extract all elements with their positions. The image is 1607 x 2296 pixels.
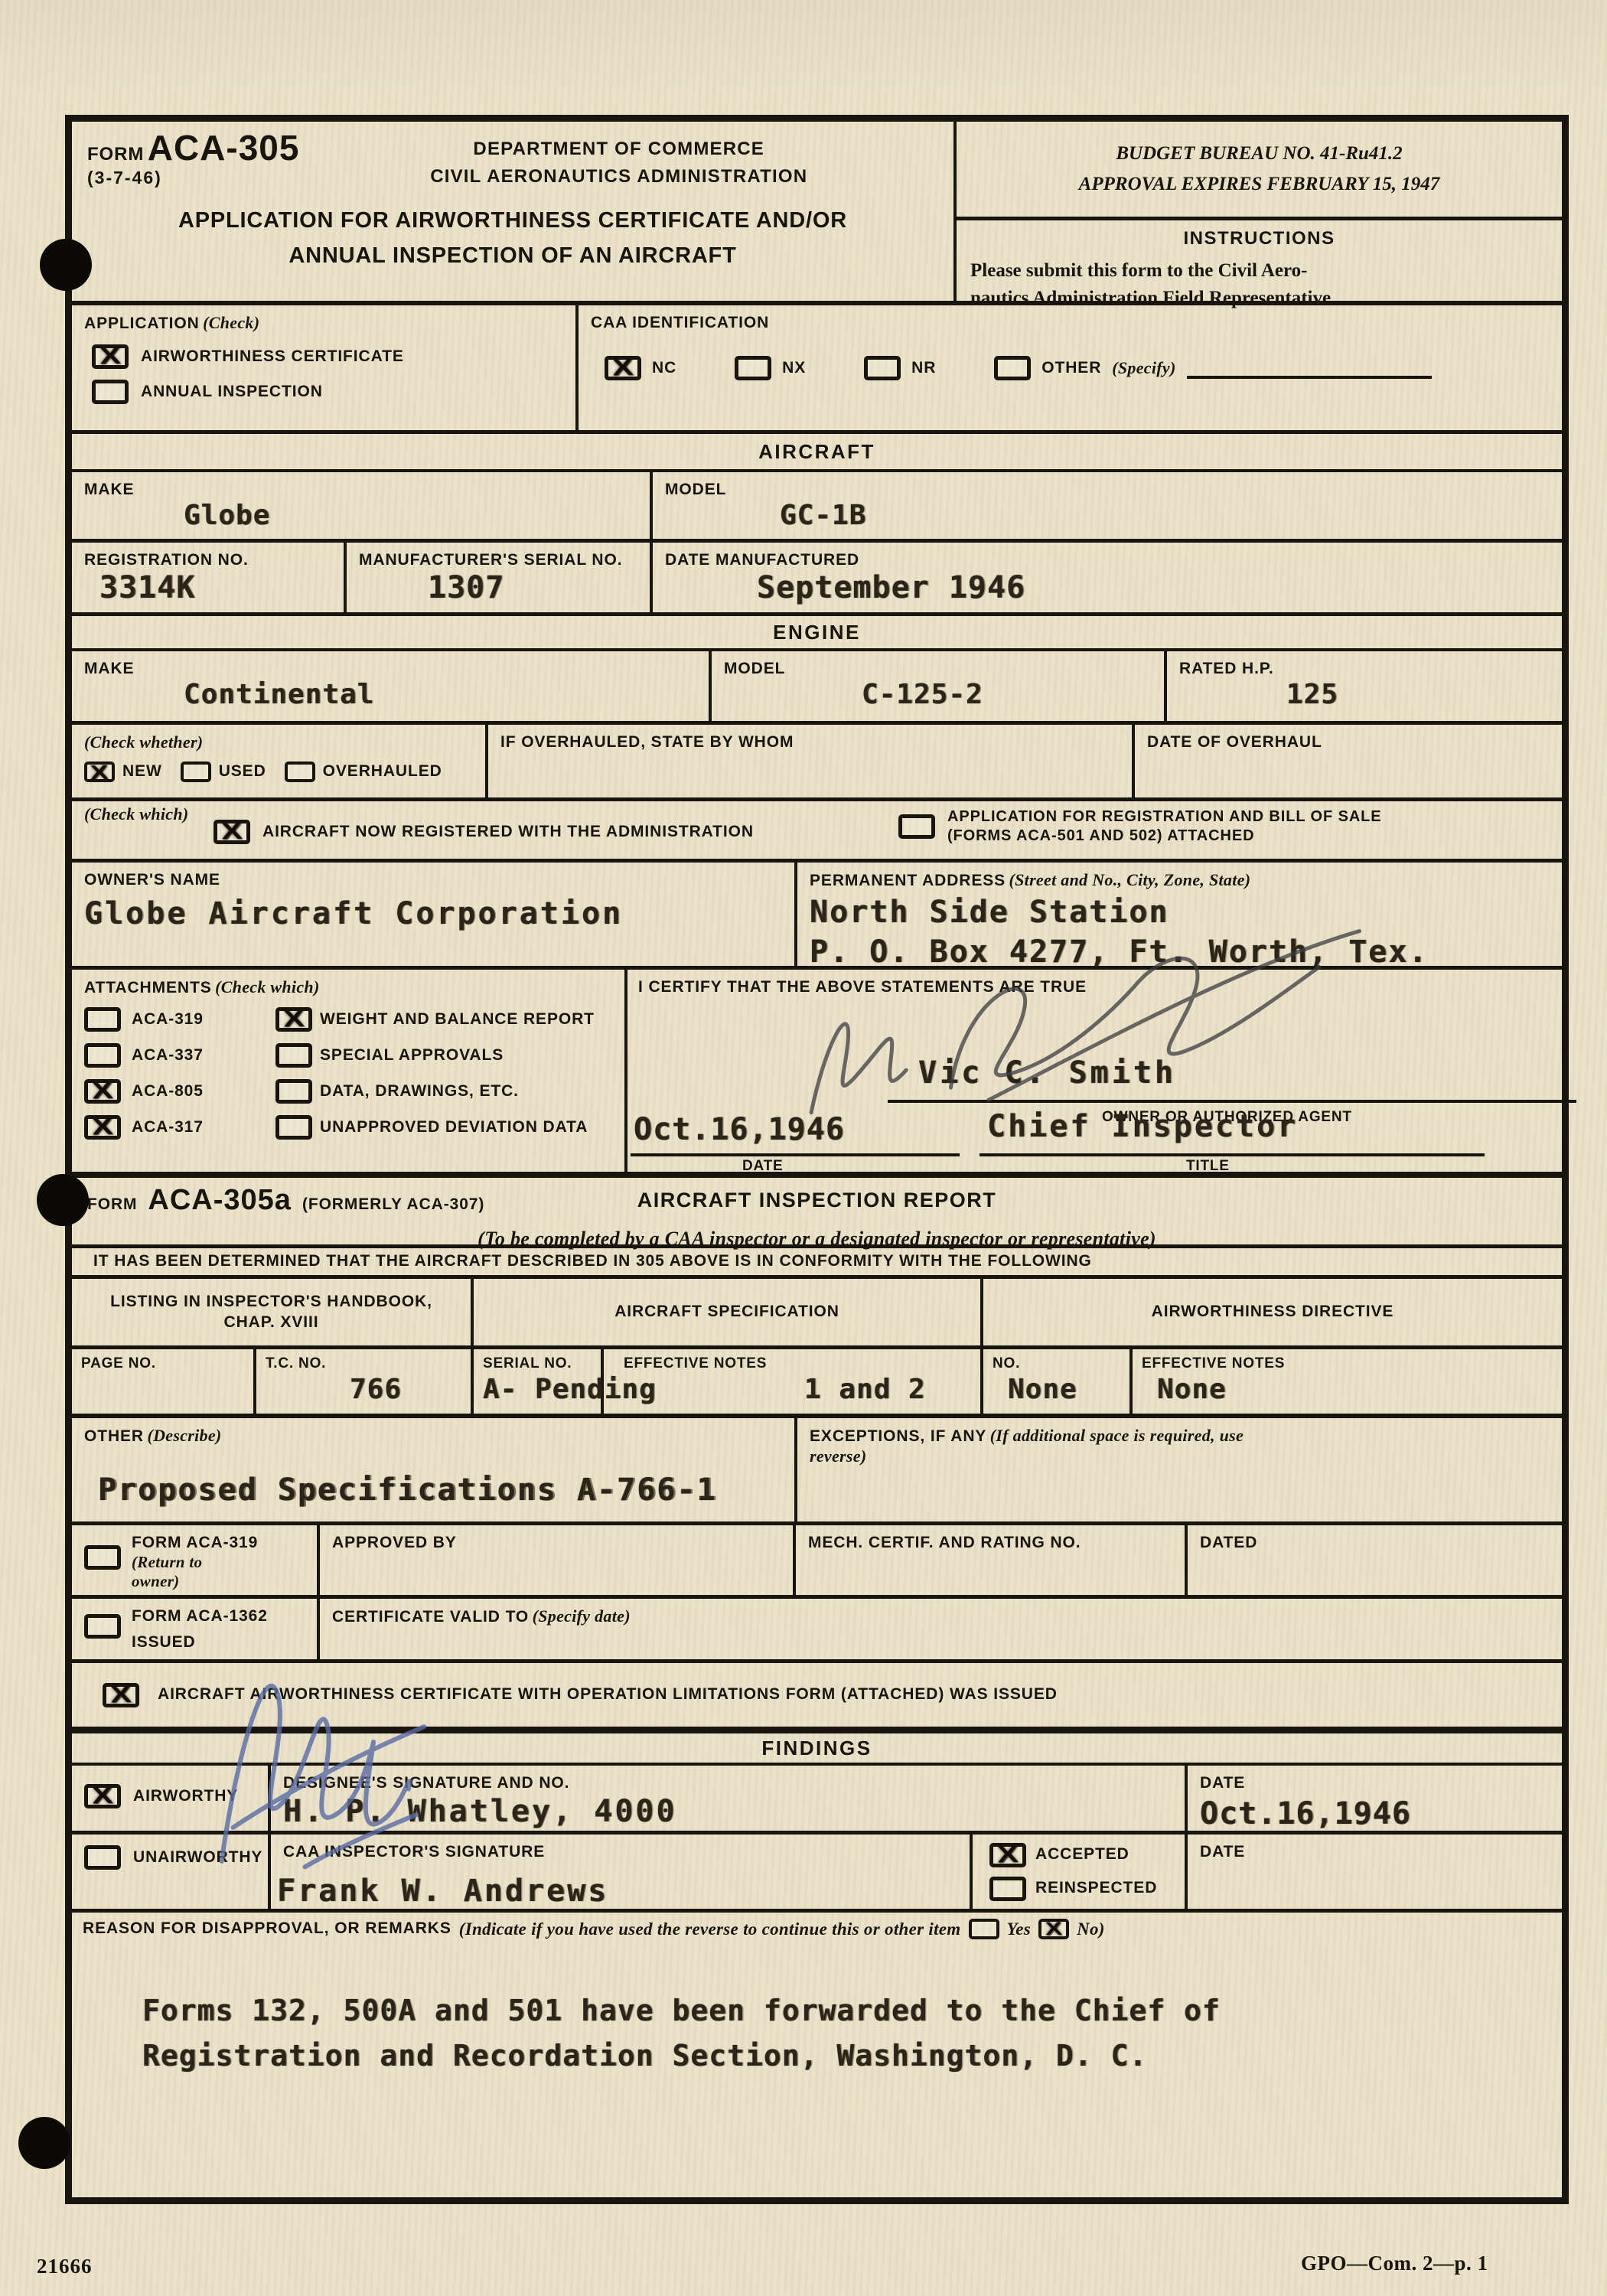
- return-to-owner-note: (Return to owner): [132, 1553, 258, 1591]
- owner-row: OWNER'S NAME Globe Aircraft Corporation …: [72, 863, 1562, 970]
- form-aca-1362-row: FORM ACA-1362 ISSUED CERTIFICATE VALID T…: [72, 1599, 1562, 1663]
- aca-319-label: ACA-319: [132, 1009, 204, 1029]
- application-row: APPLICATION (Check) X AIRWORTHINESS CERT…: [72, 305, 1562, 434]
- data-drawings-label: DATA, DRAWINGS, ETC.: [320, 1081, 519, 1101]
- aca-805-checkbox[interactable]: X: [84, 1079, 121, 1104]
- owner-name-field: OWNER'S NAME Globe Aircraft Corporation: [72, 863, 794, 966]
- attachments-certification-row: ATTACHMENTS (Check which) ACA-319 X WEIG…: [72, 970, 1562, 1178]
- overhauled-by-field: IF OVERHAULED, STATE BY WHOM: [485, 725, 1132, 797]
- model-label: MODEL: [665, 480, 1550, 500]
- certification-section: I CERTIFY THAT THE ABOVE STATEMENTS ARE …: [624, 970, 1562, 1172]
- tc-no-field: T.C. NO. 766: [253, 1349, 471, 1414]
- caa-inspector-signature-field: CAA INSPECTOR'S SIGNATURE Frank W. Andre…: [268, 1835, 970, 1909]
- signature-line[interactable]: [888, 1100, 1576, 1103]
- findings-section-band: FINDINGS: [72, 1733, 1562, 1766]
- dated-label: DATED: [1200, 1533, 1550, 1553]
- aca-319-checkbox[interactable]: [84, 1007, 121, 1032]
- footer-stock-number: 21666: [37, 2255, 93, 2278]
- directive-no-label: NO.: [993, 1355, 1120, 1372]
- date-manufactured-field: DATE MANUFACTURED September 1946: [650, 543, 1562, 612]
- nr-checkbox[interactable]: [864, 356, 901, 380]
- determination-statement: IT HAS BEEN DETERMINED THAT THE AIRCRAFT…: [72, 1251, 1092, 1271]
- checkbox-mark: X: [92, 1785, 113, 1808]
- bill-of-sale-label: APPLICATION FOR REGISTRATION AND BILL OF…: [947, 807, 1382, 846]
- title-label: TITLE: [1186, 1158, 1230, 1175]
- other-note: (Specify): [1112, 358, 1175, 378]
- spec-header-cell: AIRCRAFT SPECIFICATION: [471, 1279, 980, 1345]
- registration-label: REGISTRATION NO.: [84, 550, 331, 570]
- aircraft-model-field: MODEL GC-1B: [650, 472, 1562, 539]
- other-describe-label: OTHER: [84, 1427, 144, 1445]
- engine-model-label: MODEL: [724, 659, 1152, 679]
- overhaul-date-field: DATE OF OVERHAUL: [1132, 725, 1562, 797]
- caa-date-field: DATE: [1185, 1835, 1562, 1909]
- remarks-row: REASON FOR DISAPPROVAL, OR REMARKS (Indi…: [72, 1913, 1562, 2197]
- application-section: APPLICATION (Check) X AIRWORTHINESS CERT…: [72, 305, 575, 430]
- weight-balance-label: WEIGHT AND BALANCE REPORT: [320, 1009, 595, 1029]
- date-label: DATE: [742, 1158, 784, 1175]
- spec-serial-value[interactable]: A- Pending: [483, 1374, 592, 1405]
- punch-hole-top: [40, 239, 92, 291]
- department-name: DEPARTMENT OF COMMERCE CIVIL AERONAUTICS…: [299, 135, 938, 191]
- aca-337-label: ACA-337: [132, 1045, 204, 1065]
- caa-identification-section: CAA IDENTIFICATION X NC NX NR OTHER (Spe…: [575, 305, 1562, 430]
- unairworthy-field: UNAIRWORTHY: [72, 1835, 268, 1909]
- caa-date-label: DATE: [1200, 1842, 1550, 1862]
- checkbox-mark: X: [283, 1008, 305, 1032]
- spec-serial-field: SERIAL NO. A- Pending: [471, 1349, 601, 1414]
- tc-no-label: T.C. NO.: [266, 1355, 461, 1372]
- certification-date-value[interactable]: Oct.16,1946: [634, 1112, 845, 1147]
- mech-certif-label: MECH. CERTIF. AND RATING NO.: [808, 1533, 1172, 1553]
- effective-notes-field: EFFECTIVE NOTES 1 and 2: [601, 1349, 980, 1414]
- certificate-issued-checkbox[interactable]: X: [103, 1683, 139, 1707]
- address-label: PERMANENT ADDRESS: [810, 872, 1006, 889]
- owner-address-field: PERMANENT ADDRESS (Street and No., City,…: [794, 863, 1562, 966]
- unapproved-deviation-checkbox[interactable]: [275, 1115, 312, 1140]
- caa-inspector-row: UNAIRWORTHY CAA INSPECTOR'S SIGNATURE Fr…: [72, 1835, 1562, 1913]
- spec-header: AIRCRAFT SPECIFICATION: [614, 1302, 839, 1322]
- nc-checkbox[interactable]: X: [605, 356, 641, 380]
- engine-model-value[interactable]: C-125-2: [862, 679, 1152, 710]
- other-checkbox[interactable]: [994, 356, 1031, 380]
- overhauled-by-label: IF OVERHAULED, STATE BY WHOM: [500, 732, 1120, 752]
- caa-inspector-signature-value[interactable]: Frank W. Andrews: [277, 1874, 608, 1909]
- certificate-valid-label: CERTIFICATE VALID TO: [332, 1608, 529, 1626]
- attachments-note: (Check which): [215, 977, 320, 996]
- unairworthy-option: UNAIRWORTHY: [84, 1845, 256, 1870]
- checkbox-mark: X: [92, 1080, 113, 1104]
- page-no-field: PAGE NO.: [72, 1349, 253, 1414]
- certificate-issued-row: X AIRCRAFT AIRWORTHINESS CERTIFICATE WIT…: [72, 1663, 1562, 1733]
- form-aca-1362-checkbox[interactable]: [84, 1614, 121, 1639]
- airworthy-label: AIRWORTHY: [133, 1786, 238, 1806]
- attachments-section: ATTACHMENTS (Check which) ACA-319 X WEIG…: [72, 970, 624, 1172]
- directive-notes-field: EFFECTIVE NOTES None: [1129, 1349, 1562, 1414]
- other-describe-note: (Describe): [147, 1426, 221, 1445]
- serial-field: MANUFACTURER'S SERIAL NO. 1307: [344, 543, 650, 612]
- data-drawings-checkbox[interactable]: [275, 1079, 312, 1104]
- exceptions-field: EXCEPTIONS, IF ANY (If additional space …: [794, 1418, 1562, 1521]
- conformity-values-row: PAGE NO. T.C. NO. 766 SERIAL NO. A- Pend…: [72, 1349, 1562, 1418]
- overhaul-date-label: DATE OF OVERHAUL: [1147, 732, 1550, 752]
- aircraft-section-band: AIRCRAFT: [72, 434, 1562, 472]
- checkbox-mark: X: [110, 1683, 132, 1707]
- application-label: APPLICATION: [84, 315, 200, 332]
- aircraft-make-value[interactable]: Globe: [184, 500, 637, 531]
- new-checkbox[interactable]: X: [84, 762, 115, 782]
- engine-make-value[interactable]: Continental: [184, 679, 696, 710]
- designee-signature-value[interactable]: H. P. Whatley, 4000: [283, 1794, 677, 1829]
- airworthiness-certificate-checkbox[interactable]: X: [92, 344, 129, 369]
- spec-serial-label: SERIAL NO.: [483, 1355, 592, 1372]
- checkbox-mark: X: [92, 1116, 113, 1140]
- option-label: ANNUAL INSPECTION: [141, 382, 323, 402]
- serial-value[interactable]: 1307: [428, 570, 637, 605]
- form-aca-319-row: FORM ACA-319 (Return to owner) APPROVED …: [72, 1525, 1562, 1599]
- form-aca-319-label: FORM ACA-319: [132, 1534, 258, 1551]
- registration-value[interactable]: 3314K: [99, 570, 331, 605]
- approved-by-field: APPROVED BY: [317, 1525, 793, 1595]
- serial-label: MANUFACTURER'S SERIAL NO.: [359, 550, 637, 570]
- reinspected-label: REINSPECTED: [1035, 1878, 1157, 1898]
- form-aca-319-checkbox[interactable]: [84, 1545, 121, 1570]
- conformity-header-row: LISTING IN INSPECTOR'S HANDBOOK, CHAP. X…: [72, 1279, 1562, 1349]
- special-approvals-checkbox[interactable]: [275, 1043, 312, 1068]
- scanned-form-page: FORM ACA-305 (3-7-46) DEPARTMENT OF COMM…: [0, 0, 1607, 2296]
- other-exceptions-row: OTHER (Describe) Proposed Specifications…: [72, 1418, 1562, 1525]
- designee-signature-label: DESIGNEE'S SIGNATURE AND NO.: [283, 1773, 1172, 1793]
- directive-notes-label: EFFECTIVE NOTES: [1142, 1355, 1553, 1372]
- checkbox-mark: X: [99, 345, 121, 369]
- reinspected-checkbox[interactable]: [989, 1877, 1026, 1901]
- weight-balance-checkbox[interactable]: X: [275, 1007, 312, 1032]
- form-title: APPLICATION FOR AIRWORTHINESS CERTIFICAT…: [87, 203, 938, 274]
- rated-hp-label: RATED H.P.: [1179, 659, 1550, 679]
- remarks-yes-label: Yes: [1007, 1919, 1032, 1939]
- date-manufactured-value[interactable]: September 1946: [757, 570, 1550, 605]
- nx-label: NX: [782, 358, 806, 378]
- remarks-note: (Indicate if you have used the reverse t…: [459, 1919, 961, 1939]
- certificate-valid-field: CERTIFICATE VALID TO (Specify date): [317, 1599, 1562, 1659]
- overhauled-checkbox[interactable]: [285, 762, 315, 782]
- engine-make-field: MAKE Continental: [72, 651, 709, 721]
- remarks-label: REASON FOR DISAPPROVAL, OR REMARKS: [83, 1919, 451, 1939]
- attachment-row: X ACA-805 DATA, DRAWINGS, ETC.: [84, 1079, 612, 1104]
- tc-no-value[interactable]: 766: [350, 1374, 461, 1405]
- airworthy-option: X AIRWORTHY: [84, 1784, 256, 1808]
- annual-inspection-option: ANNUAL INSPECTION: [92, 380, 563, 404]
- header-right: BUDGET BUREAU NO. 41-Ru41.2 APPROVAL EXP…: [953, 122, 1562, 301]
- mech-certif-field: MECH. CERTIF. AND RATING NO.: [793, 1525, 1185, 1595]
- attachments-label: ATTACHMENTS: [84, 979, 212, 996]
- accepted-option: X ACCEPTED: [989, 1843, 1172, 1867]
- annual-inspection-checkbox[interactable]: [92, 380, 129, 404]
- certificate-valid-note: (Specify date): [533, 1606, 631, 1626]
- aca-805-label: ACA-805: [132, 1081, 204, 1101]
- remarks-no-label: No): [1077, 1919, 1105, 1939]
- approved-by-label: APPROVED BY: [332, 1533, 781, 1553]
- registered-checkbox[interactable]: X: [214, 820, 250, 844]
- checkbox-mark: X: [221, 820, 243, 844]
- header-left: FORM ACA-305 (3-7-46) DEPARTMENT OF COMM…: [72, 122, 953, 301]
- other-label: OTHER: [1041, 358, 1101, 378]
- form-header: FORM ACA-305 (3-7-46) DEPARTMENT OF COMM…: [72, 122, 1562, 305]
- rated-hp-field: RATED H.P. 125: [1164, 651, 1562, 721]
- certificate-issued-label: AIRCRAFT AIRWORTHINESS CERTIFICATE WITH …: [158, 1684, 1058, 1704]
- used-checkbox[interactable]: [181, 762, 211, 782]
- unairworthy-checkbox[interactable]: [84, 1845, 121, 1870]
- attachment-row: X ACA-317 UNAPPROVED DEVIATION DATA: [84, 1115, 612, 1140]
- bill-of-sale-checkbox[interactable]: [898, 814, 935, 839]
- attachment-row: ACA-319 X WEIGHT AND BALANCE REPORT: [84, 1007, 612, 1032]
- nx-checkbox[interactable]: [735, 356, 771, 380]
- engine-model-field: MODEL C-125-2: [709, 651, 1164, 721]
- accepted-checkbox[interactable]: X: [989, 1843, 1026, 1867]
- checkbox-mark: X: [612, 357, 634, 380]
- registration-field: REGISTRATION NO. 3314K: [72, 543, 344, 612]
- nr-label: NR: [911, 358, 936, 378]
- directive-no-field: NO. None: [980, 1349, 1129, 1414]
- nc-label: NC: [652, 358, 676, 378]
- directive-header-cell: AIRWORTHINESS DIRECTIVE: [980, 1279, 1562, 1345]
- date-manufactured-label: DATE MANUFACTURED: [665, 550, 1550, 570]
- owner-address-value[interactable]: North Side Station P. O. Box 4277, Ft. W…: [810, 892, 1550, 972]
- directive-notes-value[interactable]: None: [1157, 1374, 1553, 1405]
- effective-notes-label: EFFECTIVE NOTES: [624, 1355, 971, 1372]
- designee-date-value[interactable]: Oct.16,1946: [1200, 1796, 1550, 1831]
- listing-header: LISTING IN INSPECTOR'S HANDBOOK, CHAP. X…: [110, 1292, 432, 1332]
- reinspected-option: REINSPECTED: [989, 1877, 1172, 1901]
- check-which-note: (Check which): [84, 804, 189, 824]
- form-aca-1362-label: FORM ACA-1362: [132, 1607, 268, 1625]
- aca-317-label: ACA-317: [132, 1117, 204, 1137]
- special-approvals-label: SPECIAL APPROVALS: [320, 1045, 504, 1065]
- form-revision: (3-7-46): [87, 168, 299, 188]
- findings-section-title: FINDINGS: [761, 1736, 872, 1761]
- unapproved-deviation-label: UNAPPROVED DEVIATION DATA: [320, 1117, 588, 1137]
- aircraft-make-field: MAKE Globe: [72, 472, 650, 539]
- owner-name-label: OWNER'S NAME: [84, 870, 782, 890]
- aca-319-return-field: FORM ACA-319 (Return to owner): [72, 1525, 317, 1595]
- instructions-body: Please submit this form to the Civil Aer…: [970, 257, 1548, 313]
- make-label: MAKE: [84, 480, 637, 500]
- used-label: USED: [219, 762, 266, 781]
- inspection-report-title: AIRCRAFT INSPECTION REPORT: [72, 1189, 1562, 1212]
- aircraft-section-title: AIRCRAFT: [758, 439, 875, 465]
- engine-section-title: ENGINE: [773, 620, 861, 645]
- other-describe-value[interactable]: Proposed Specifications A-766-1: [98, 1473, 782, 1508]
- checkbox-mark: X: [997, 1843, 1019, 1867]
- title-line[interactable]: [980, 1153, 1485, 1156]
- inspection-report-subtitle: (To be completed by a CAA inspector or a…: [72, 1228, 1562, 1251]
- airworthy-checkbox[interactable]: X: [84, 1784, 121, 1808]
- registered-label: AIRCRAFT NOW REGISTERED WITH THE ADMINIS…: [262, 822, 754, 842]
- dated-field: DATED: [1185, 1525, 1562, 1595]
- checkbox-mark: X: [1045, 1919, 1063, 1939]
- form-identifier: FORM ACA-305 (3-7-46): [87, 132, 299, 188]
- inspection-report-header: FORM ACA-305a (FORMERLY ACA-307) AIRCRAF…: [72, 1178, 1562, 1248]
- footer-gpo-imprint: GPO—Com. 2—p. 1: [1301, 2252, 1488, 2275]
- aca-317-checkbox[interactable]: X: [84, 1115, 121, 1140]
- effective-notes-value[interactable]: 1 and 2: [804, 1374, 971, 1405]
- directive-header: AIRWORTHINESS DIRECTIVE: [1152, 1302, 1394, 1322]
- other-field: OTHER (Describe) Proposed Specifications…: [72, 1418, 794, 1521]
- registration-status-section: (Check which) X AIRCRAFT NOW REGISTERED …: [72, 801, 1562, 859]
- caa-identification-label: CAA IDENTIFICATION: [591, 313, 1550, 333]
- registration-status-row: (Check which) X AIRCRAFT NOW REGISTERED …: [72, 801, 1562, 863]
- designee-signature-field: DESIGNEE'S SIGNATURE AND NO. H. P. Whatl…: [268, 1766, 1185, 1831]
- designee-date-label: DATE: [1200, 1773, 1550, 1793]
- directive-no-value[interactable]: None: [1008, 1374, 1120, 1405]
- check-whether-note: (Check whether): [84, 732, 473, 752]
- airworthy-field: X AIRWORTHY: [72, 1766, 268, 1831]
- rated-hp-value[interactable]: 125: [1286, 679, 1550, 710]
- determination-row: IT HAS BEEN DETERMINED THAT THE AIRCRAFT…: [72, 1248, 1562, 1279]
- attachment-row: ACA-337 SPECIAL APPROVALS: [84, 1043, 612, 1068]
- checkbox-mark: X: [90, 762, 109, 782]
- signed-name-value[interactable]: Vic C. Smith: [918, 1055, 1176, 1091]
- budget-bureau-note: BUDGET BUREAU NO. 41-Ru41.2 APPROVAL EXP…: [957, 122, 1562, 220]
- page-no-label: PAGE NO.: [81, 1355, 244, 1372]
- other-specify-line[interactable]: [1187, 357, 1432, 379]
- new-label: NEW: [122, 762, 162, 781]
- punch-hole-middle: [37, 1174, 89, 1226]
- overhauled-label: OVERHAULED: [323, 762, 442, 781]
- unairworthy-label: UNAIRWORTHY: [133, 1848, 262, 1867]
- engine-make-label: MAKE: [84, 659, 696, 679]
- exceptions-label: EXCEPTIONS, IF ANY: [810, 1427, 986, 1445]
- option-label: AIRWORTHINESS CERTIFICATE: [141, 347, 404, 367]
- accepted-label: ACCEPTED: [1035, 1844, 1129, 1864]
- certification-title-value[interactable]: Chief Inspector: [987, 1109, 1298, 1144]
- form-number: ACA-305: [148, 128, 300, 168]
- accepted-reinspected-field: X ACCEPTED REINSPECTED: [970, 1835, 1185, 1909]
- caa-inspector-signature-label: CAA INSPECTOR'S SIGNATURE: [283, 1842, 957, 1862]
- form-word: FORM: [87, 144, 144, 165]
- aca-337-checkbox[interactable]: [84, 1043, 121, 1068]
- owner-name-value[interactable]: Globe Aircraft Corporation: [84, 896, 782, 931]
- designee-row: X AIRWORTHY DESIGNEE'S SIGNATURE AND NO.…: [72, 1766, 1562, 1835]
- form-aca-305: FORM ACA-305 (3-7-46) DEPARTMENT OF COMM…: [65, 115, 1569, 2204]
- engine-make-model-row: MAKE Continental MODEL C-125-2 RATED H.P…: [72, 651, 1562, 725]
- issued-label: ISSUED: [132, 1632, 268, 1652]
- remarks-body-value[interactable]: Forms 132, 500A and 501 have been forwar…: [142, 1988, 1562, 2079]
- date-line[interactable]: [631, 1153, 960, 1156]
- remarks-no-checkbox[interactable]: X: [1038, 1919, 1069, 1939]
- aircraft-make-model-row: MAKE Globe MODEL GC-1B: [72, 472, 1562, 543]
- engine-condition-field: (Check whether) X NEW USED OVERHAULED: [72, 725, 485, 797]
- bill-of-sale-option: APPLICATION FOR REGISTRATION AND BILL OF…: [898, 807, 1382, 846]
- application-note: (Check): [203, 313, 259, 332]
- airworthiness-certificate-option: X AIRWORTHINESS CERTIFICATE: [92, 344, 563, 369]
- engine-condition-row: (Check whether) X NEW USED OVERHAULED IF…: [72, 725, 1562, 801]
- aircraft-registration-row: REGISTRATION NO. 3314K MANUFACTURER'S SE…: [72, 543, 1562, 616]
- address-note: (Street and No., City, Zone, State): [1009, 870, 1251, 889]
- aca-1362-issued-field: FORM ACA-1362 ISSUED: [72, 1599, 317, 1659]
- listing-header-cell: LISTING IN INSPECTOR'S HANDBOOK, CHAP. X…: [72, 1279, 471, 1345]
- designee-date-field: DATE Oct.16,1946: [1185, 1766, 1562, 1831]
- punch-hole-bottom: [18, 2117, 70, 2169]
- engine-section-band: ENGINE: [72, 616, 1562, 651]
- remarks-yes-checkbox[interactable]: [969, 1919, 999, 1939]
- certify-statement: I CERTIFY THAT THE ABOVE STATEMENTS ARE …: [638, 977, 1087, 997]
- registered-option: X AIRCRAFT NOW REGISTERED WITH THE ADMIN…: [214, 820, 754, 844]
- aircraft-model-value[interactable]: GC-1B: [780, 500, 1550, 531]
- instructions-title: INSTRUCTIONS: [970, 228, 1548, 249]
